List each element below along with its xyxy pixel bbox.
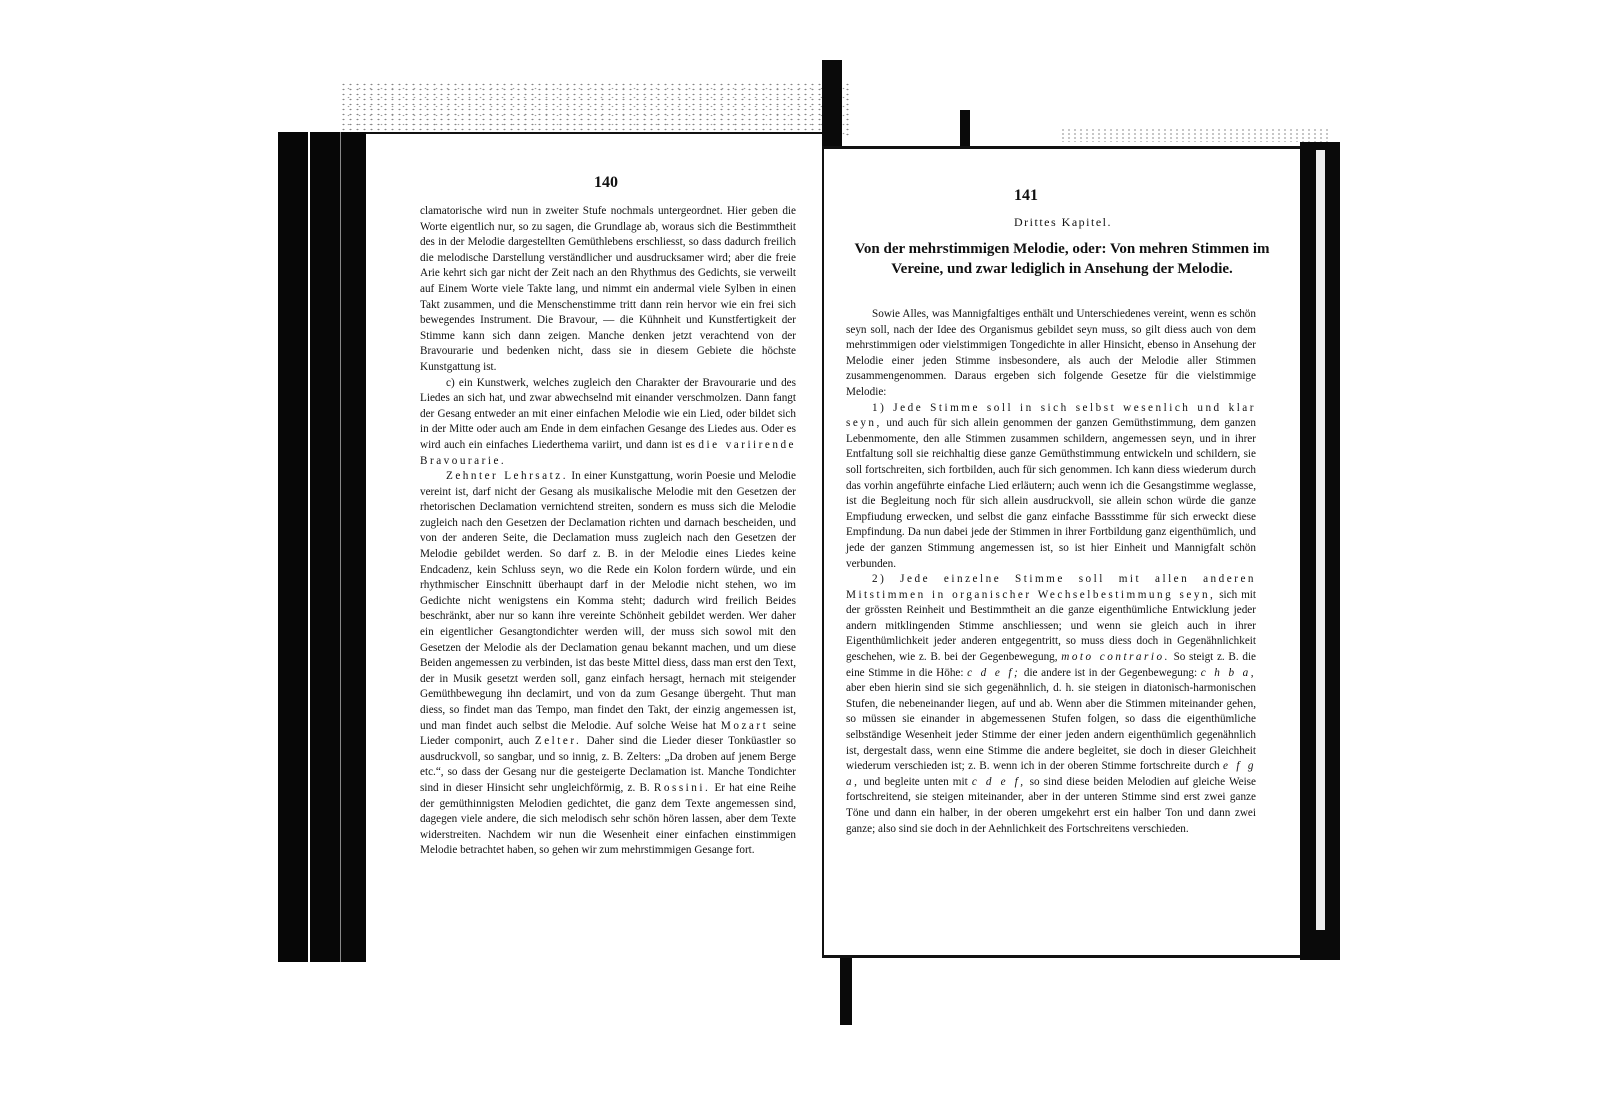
- spine-tab: [822, 60, 842, 148]
- scan-noise-top-right: [1060, 128, 1330, 142]
- page-left: 140 clamatorische wird nun in zweiter St…: [366, 132, 836, 964]
- page-number: 141: [1014, 187, 1038, 205]
- spine-tab: [960, 110, 970, 148]
- section-heading: Von der mehrstimmigen Melodie, oder: Von…: [844, 239, 1280, 279]
- book-edge-left: [278, 132, 366, 962]
- page-right: 141 Drittes Kapitel. Von der mehrstimmig…: [822, 146, 1302, 958]
- chapter-title: Drittes Kapitel.: [824, 215, 1302, 230]
- page-body: clamatorische wird nun in zweiter Stufe …: [420, 204, 796, 859]
- paragraph: Sowie Alles, was Mannigfaltiges enthält …: [846, 307, 1256, 401]
- paragraph: clamatorische wird nun in zweiter Stufe …: [420, 204, 796, 376]
- paragraph: c) ein Kunstwerk, welches zugleich den C…: [420, 376, 796, 470]
- book-edge-right: [1300, 142, 1340, 960]
- scan-noise-top-left: [340, 82, 850, 138]
- paragraph: 2) Jede einzelne Stimme soll mit allen a…: [846, 572, 1256, 837]
- paragraph: 1) Jede Stimme soll in sich selbst wesen…: [846, 401, 1256, 573]
- theorem-label: Zehnter Lehrsatz.: [446, 470, 568, 482]
- rule-label: 2) Jede einzelne Stimme soll mit allen a…: [846, 573, 1256, 601]
- paragraph: Zehnter Lehrsatz. In einer Kunstgattung,…: [420, 469, 796, 859]
- spine-tab: [840, 955, 852, 1025]
- page-body: Sowie Alles, was Mannigfaltiges enthält …: [846, 307, 1256, 837]
- page-number: 140: [594, 174, 618, 192]
